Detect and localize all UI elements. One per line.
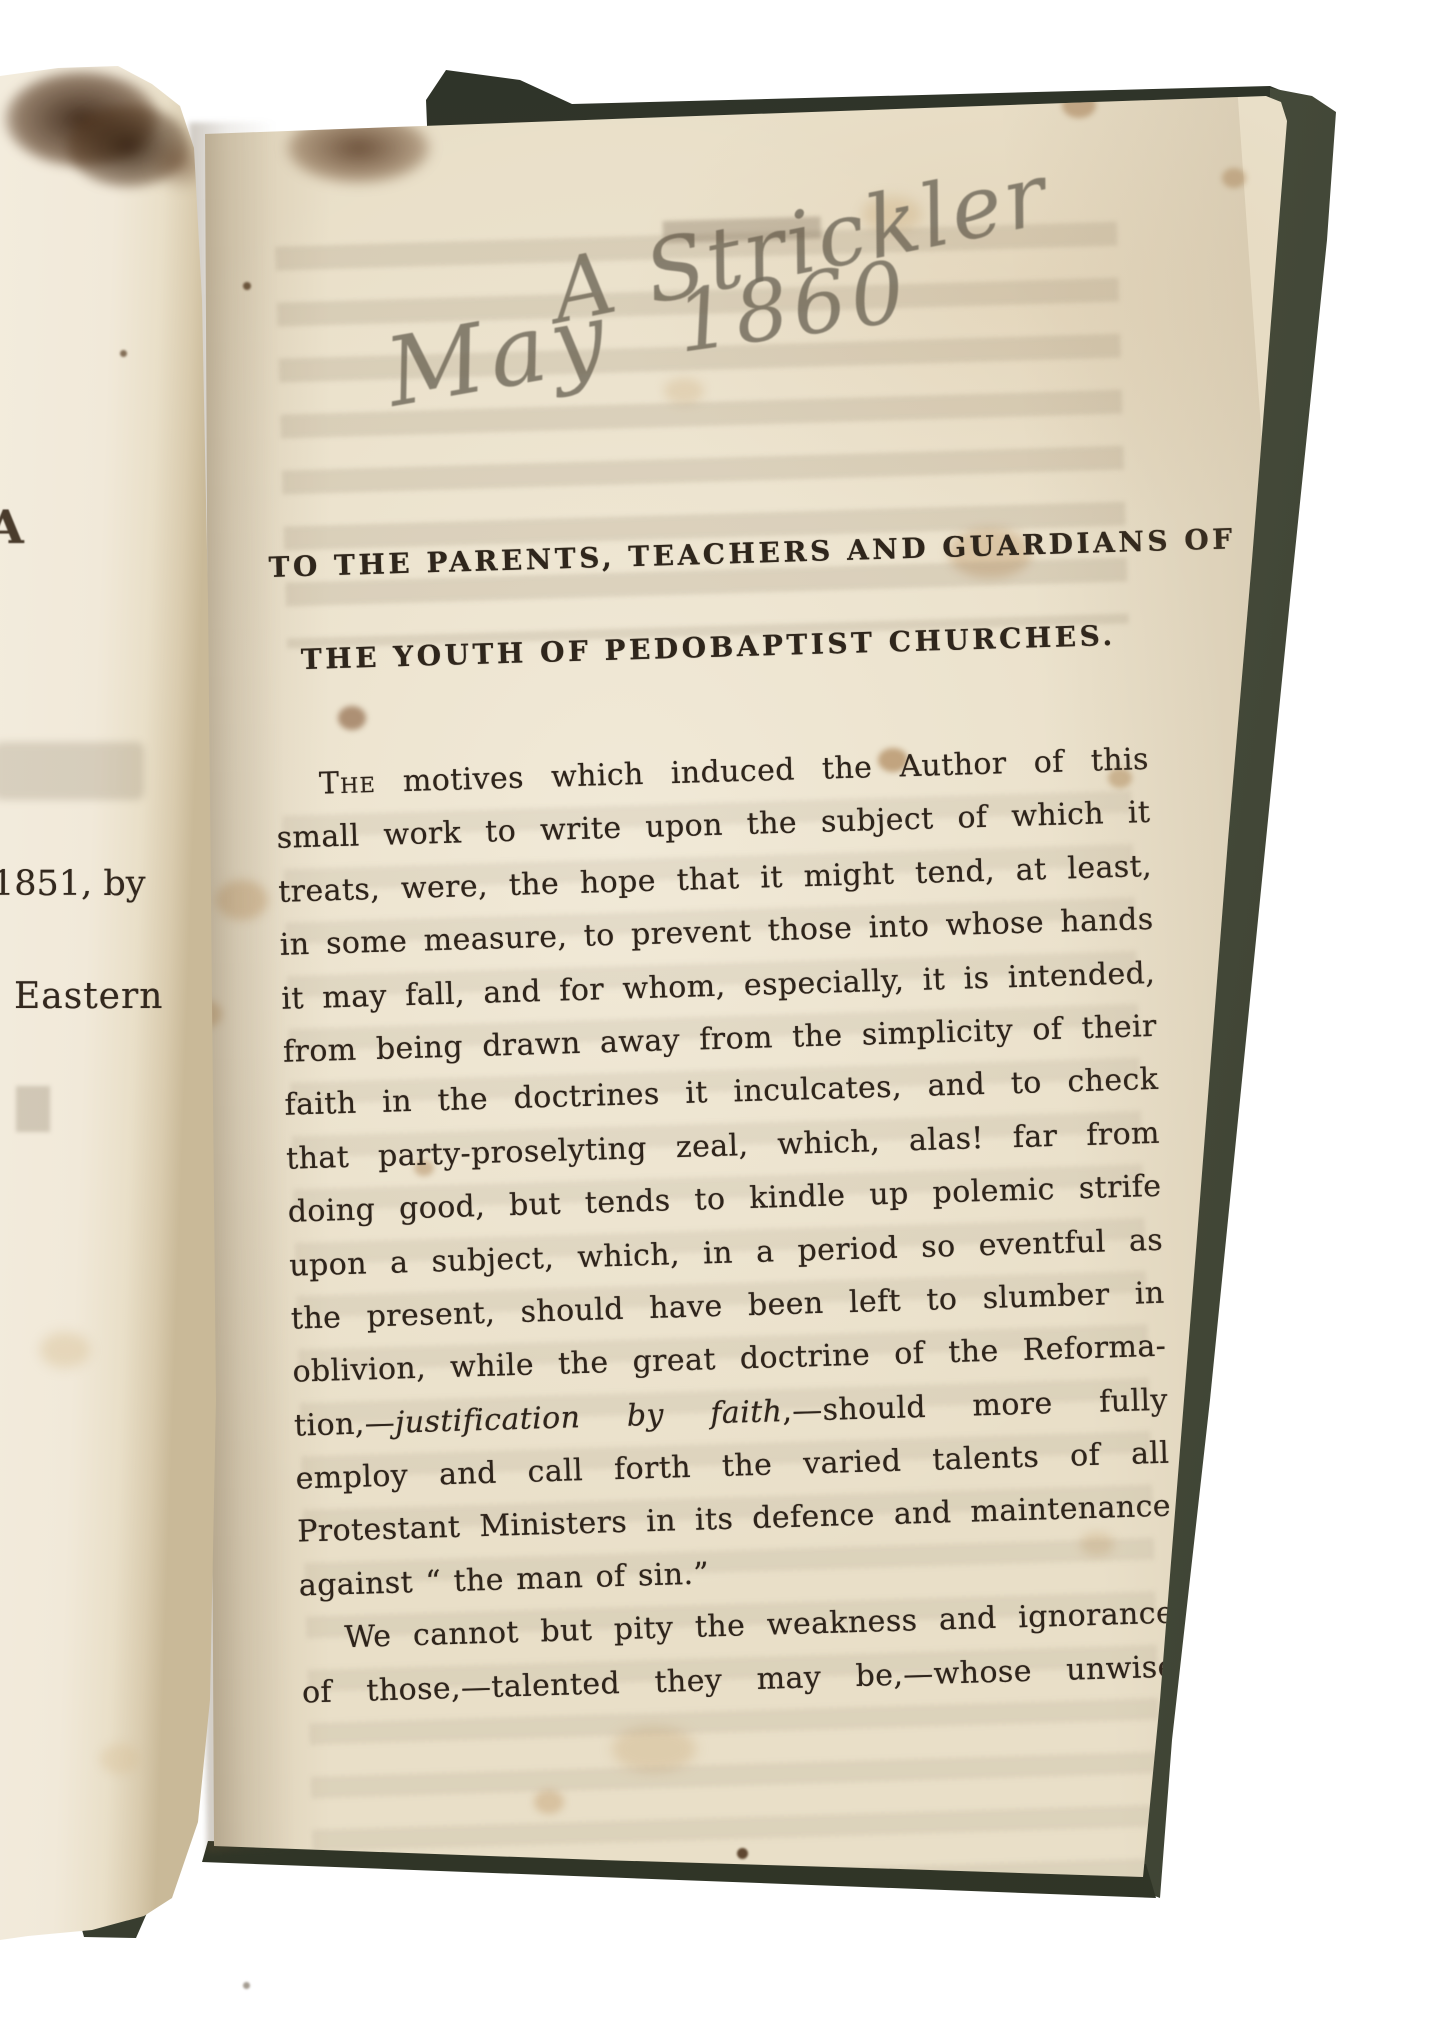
body-text: The motives which induced the Author of …: [274, 733, 1176, 1720]
foxing-spot: [1228, 1268, 1256, 1290]
body-line-text: tion,—: [294, 1405, 396, 1443]
left-page-fragment-letter: A: [0, 500, 24, 554]
book-photo: A Strickler May 1860 TO THE PARENTS, TEA…: [0, 0, 1445, 2023]
bleedthrough-fragment: [0, 742, 144, 800]
foxing-spot: [40, 1332, 90, 1368]
bleedthrough-header: [663, 216, 822, 243]
left-page-fragment-date: 1851, by: [0, 864, 146, 904]
backdrop-speck: [243, 1982, 250, 1989]
stain: [286, 112, 431, 184]
italic-phrase: justification by faith: [395, 1394, 783, 1440]
ink-speck: [120, 350, 127, 357]
foxing-spot: [100, 1744, 140, 1774]
bleedthrough-text: [275, 222, 1129, 649]
foxing-spot: [1322, 628, 1348, 650]
smallcaps-lead: The: [319, 765, 377, 802]
left-page-fragment-word: Eastern: [14, 976, 163, 1017]
bleedthrough-fragment: [16, 1086, 50, 1132]
